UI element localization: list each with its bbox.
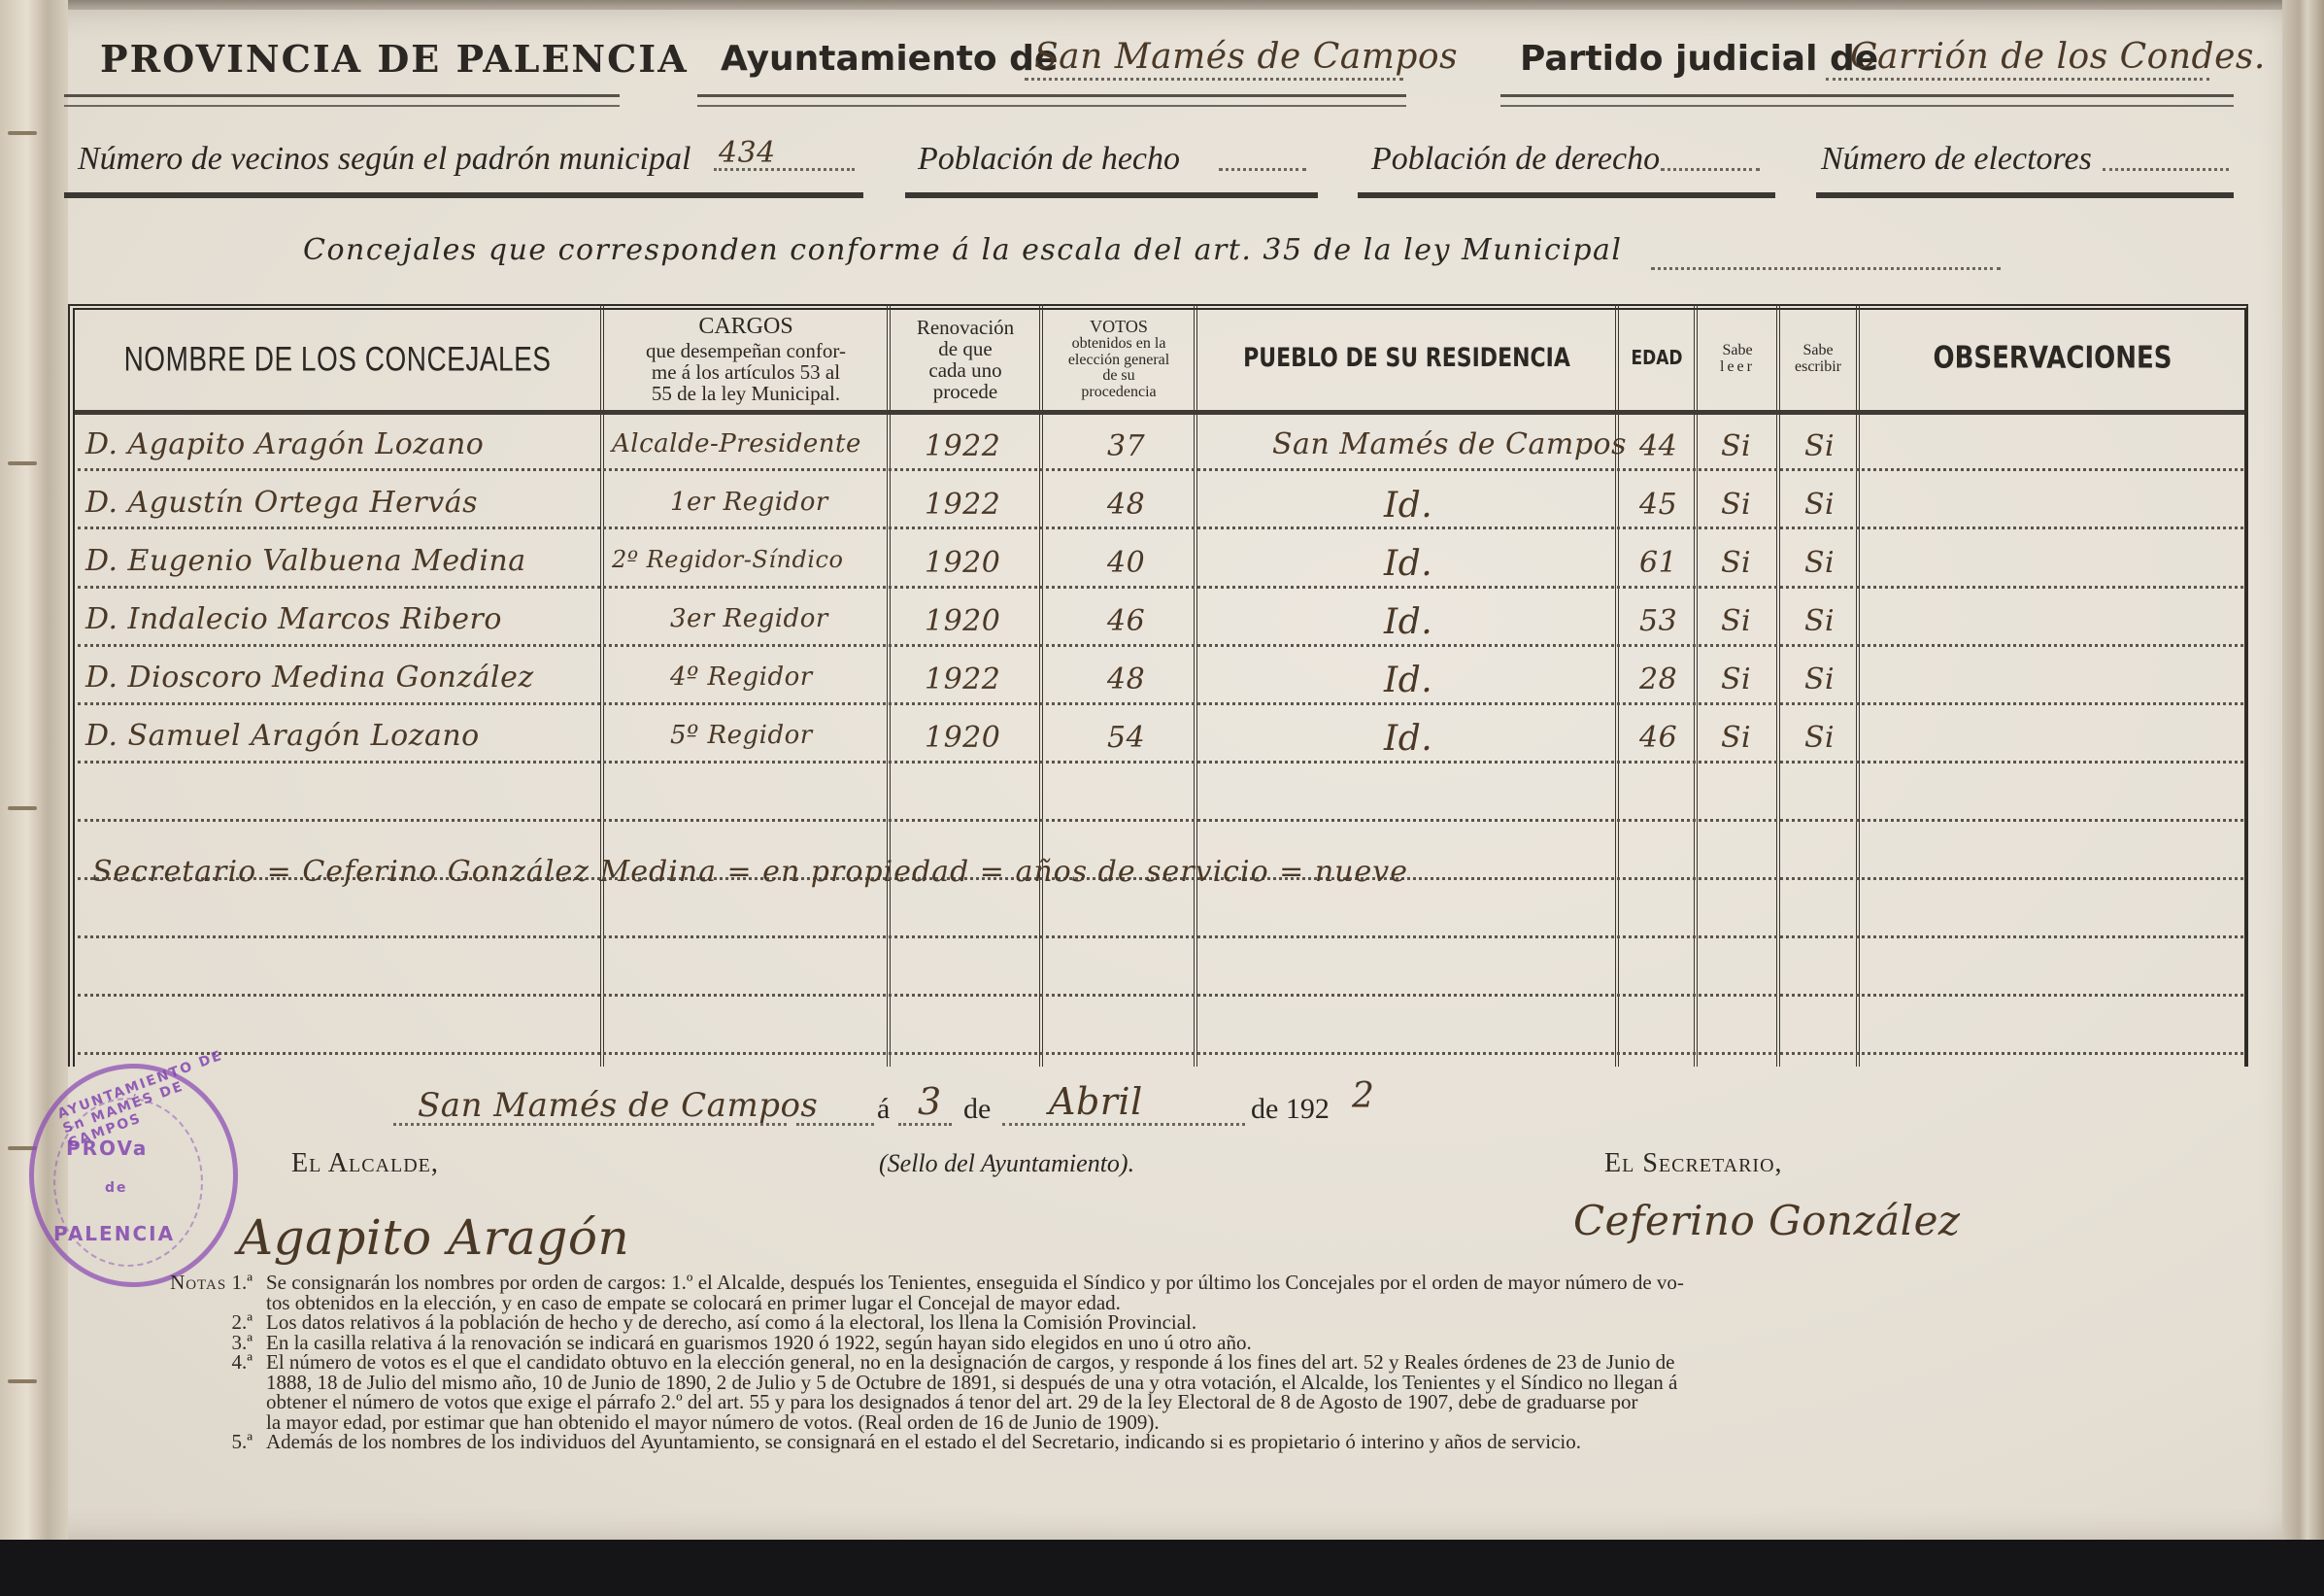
row-line	[78, 586, 2243, 589]
row-line	[78, 526, 2243, 529]
date-dotted-line	[796, 1123, 874, 1126]
province-title: PROVINCIA DE PALENCIA	[100, 37, 689, 81]
cell-cargo: 1er Regidor	[670, 488, 828, 517]
date-month: Abril	[1049, 1080, 1143, 1123]
cell-votos: 54	[1107, 721, 1145, 755]
cell-renovacion: 1922	[925, 662, 1000, 696]
cell-pueblo: Id.	[1384, 661, 1432, 700]
book-binding	[0, 0, 68, 1540]
cell-sabe-escribir: Si	[1804, 546, 1835, 580]
cell-votos: 48	[1107, 488, 1145, 522]
secretario-entry: Secretario = Ceferino González Medina = …	[92, 855, 1408, 889]
alcalde-signature: Agapito Aragón	[238, 1209, 629, 1266]
cell-sabe-leer: Si	[1721, 429, 1751, 463]
binding-stitch	[8, 1379, 37, 1383]
column-divider	[600, 304, 604, 1067]
alcalde-label: El Alcalde,	[291, 1148, 439, 1179]
cell-sabe-escribir: Si	[1804, 721, 1835, 755]
note-item: 2.ª Los datos relativos á la población d…	[107, 1312, 2273, 1333]
cell-nombre: D. Agustín Ortega Hervás	[85, 486, 478, 520]
note-continuation: la mayor edad, por estimar que han obten…	[107, 1412, 2273, 1433]
cell-nombre: D. Samuel Aragón Lozano	[85, 719, 480, 753]
column-divider	[1039, 304, 1043, 1067]
population-rule	[905, 192, 1318, 198]
electores-dotted-line	[2103, 168, 2229, 171]
cell-cargo: 2º Regidor-Síndico	[612, 546, 843, 573]
row-line	[78, 819, 2243, 822]
derecho-label: Población de derecho	[1371, 141, 1660, 178]
header-rule	[1500, 94, 2234, 107]
cell-sabe-leer: Si	[1721, 604, 1751, 638]
column-divider	[1194, 304, 1197, 1067]
date-day-dotted-line	[898, 1123, 952, 1126]
row-line	[78, 935, 2243, 938]
cell-renovacion: 1920	[925, 604, 1000, 638]
electores-label: Número de electores	[1821, 141, 2092, 178]
cell-pueblo: Id.	[1384, 544, 1432, 584]
cell-votos: 48	[1107, 662, 1145, 696]
cell-sabe-leer: Si	[1721, 721, 1751, 755]
cell-cargo: Alcalde-Presidente	[612, 429, 861, 458]
column-divider	[887, 304, 891, 1067]
cell-pueblo: San Mamés de Campos	[1272, 427, 1627, 461]
row-line	[78, 644, 2243, 647]
seal-center-top: PROVa	[66, 1137, 148, 1160]
ayuntamiento-value: San Mamés de Campos	[1034, 37, 1458, 77]
note-item: 5.ª Además de los nombres de los individ…	[107, 1432, 2273, 1452]
note-continuation: 1888, 18 de Julio del mismo año, 10 de J…	[107, 1373, 2273, 1393]
header-pueblo: PUEBLO DE SU RESIDENCIA	[1198, 301, 1615, 418]
column-divider	[1776, 304, 1780, 1067]
note-item: 3.ª En la casilla relativa á la renovaci…	[107, 1333, 2273, 1353]
date-month-dotted-line	[1002, 1123, 1245, 1126]
ayuntamiento-dotted-line	[1025, 78, 1403, 81]
cell-renovacion: 1922	[925, 429, 1000, 463]
notes-section: Notas 1.ª Se consignarán los nombres por…	[107, 1273, 2273, 1452]
date-de-label: de	[963, 1093, 991, 1126]
header-sabe-leer: Sabe leer	[1699, 311, 1776, 408]
date-place: San Mamés de Campos	[418, 1086, 818, 1125]
date-day: 3	[918, 1080, 942, 1123]
secretario-label: El Secretario,	[1604, 1148, 1783, 1179]
header-sabe-escribir: Sabe escribir	[1780, 311, 1856, 408]
concejales-label: Concejales que corresponden conforme á l…	[303, 233, 1623, 267]
cell-nombre: D. Indalecio Marcos Ribero	[85, 602, 502, 636]
derecho-dotted-line	[1661, 168, 1760, 171]
hecho-dotted-line	[1219, 168, 1306, 171]
secretario-signature: Ceferino González	[1573, 1197, 1961, 1244]
header-cargos: CARGOS que desempeñan confor- me á los a…	[605, 309, 887, 410]
cell-nombre: D. Eugenio Valbuena Medina	[85, 544, 526, 578]
page-stack-edge	[2282, 0, 2324, 1540]
column-divider	[1856, 304, 1860, 1067]
sello-label: (Sello del Ayuntamiento).	[879, 1149, 1134, 1178]
cell-votos: 40	[1107, 546, 1145, 580]
cell-nombre: D. Agapito Aragón Lozano	[85, 427, 484, 461]
row-line	[78, 702, 2243, 705]
column-divider	[1694, 304, 1698, 1067]
cell-edad: 45	[1639, 488, 1677, 522]
date-a-label: á	[877, 1093, 890, 1126]
row-line	[78, 468, 2243, 471]
partido-label: Partido judicial de	[1520, 39, 1878, 79]
cell-nombre: D. Dioscoro Medina González	[85, 661, 534, 695]
date-year-suffix: 2	[1352, 1076, 1374, 1116]
cell-sabe-escribir: Si	[1804, 662, 1835, 696]
header-rule	[697, 94, 1406, 107]
note-continuation: tos obtenidos en la elección, y en caso …	[107, 1293, 2273, 1313]
cell-edad: 44	[1639, 429, 1677, 463]
note-continuation: obtener el número de votos que exige el …	[107, 1392, 2273, 1412]
cell-pueblo: Id.	[1384, 486, 1432, 526]
population-rule	[64, 192, 863, 198]
cell-votos: 37	[1107, 429, 1145, 463]
cell-votos: 46	[1107, 604, 1145, 638]
header-nombre: NOMBRE DE LOS CONCEJALES	[78, 299, 597, 421]
cell-cargo: 4º Regidor	[670, 662, 813, 692]
cell-sabe-escribir: Si	[1804, 604, 1835, 638]
binding-stitch	[8, 131, 37, 135]
population-rule	[1358, 192, 1775, 198]
cell-sabe-escribir: Si	[1804, 488, 1835, 522]
concejales-dotted-line	[1651, 267, 2001, 270]
header-votos: VOTOS obtenidos en la elección general d…	[1044, 311, 1194, 408]
header-renovacion: Renovación de que cada uno procede	[892, 309, 1039, 410]
note-item: Notas 1.ª Se consignarán los nombres por…	[107, 1273, 2273, 1293]
date-place-dotted-line	[393, 1123, 787, 1126]
row-line	[78, 761, 2243, 764]
cell-renovacion: 1922	[925, 488, 1000, 522]
cell-cargo: 3er Regidor	[670, 604, 828, 633]
header-rule	[64, 94, 620, 107]
column-divider	[1615, 304, 1619, 1067]
cell-edad: 46	[1639, 721, 1677, 755]
notes-label: Notas	[170, 1271, 226, 1294]
hecho-label: Población de hecho	[918, 141, 1180, 178]
population-rule	[1816, 192, 2234, 198]
ayuntamiento-label: Ayuntamiento de	[721, 39, 1058, 79]
cell-pueblo: Id.	[1384, 602, 1432, 642]
partido-dotted-line	[1826, 78, 2209, 81]
vecinos-dotted-line	[714, 168, 855, 171]
row-line	[78, 994, 2243, 997]
cell-sabe-leer: Si	[1721, 662, 1751, 696]
seal-center-mid: de	[105, 1180, 128, 1196]
cell-sabe-leer: Si	[1721, 488, 1751, 522]
cell-sabe-leer: Si	[1721, 546, 1751, 580]
partido-value: Carrión de los Condes.	[1850, 37, 2266, 77]
cell-pueblo: Id.	[1384, 719, 1432, 759]
note-item: 4.ª El número de votos es el que el cand…	[107, 1352, 2273, 1373]
scan-background	[0, 1540, 2324, 1596]
cell-edad: 53	[1639, 604, 1677, 638]
date-year-prefix: de 192	[1251, 1093, 1330, 1126]
header-edad: EDAD	[1620, 301, 1694, 418]
cell-edad: 61	[1639, 546, 1677, 580]
cell-renovacion: 1920	[925, 546, 1000, 580]
seal-center-bottom: PALENCIA	[53, 1222, 175, 1245]
header-observaciones: OBSERVACIONES	[1861, 301, 2244, 418]
vecinos-label: Número de vecinos según el padrón munici…	[78, 141, 690, 178]
vecinos-value: 434	[719, 136, 776, 170]
cell-renovacion: 1920	[925, 721, 1000, 755]
cell-cargo: 5º Regidor	[670, 721, 813, 750]
row-line	[78, 1052, 2243, 1055]
binding-stitch	[8, 806, 37, 810]
binding-stitch	[8, 461, 37, 465]
cell-sabe-escribir: Si	[1804, 429, 1835, 463]
cell-edad: 28	[1639, 662, 1677, 696]
